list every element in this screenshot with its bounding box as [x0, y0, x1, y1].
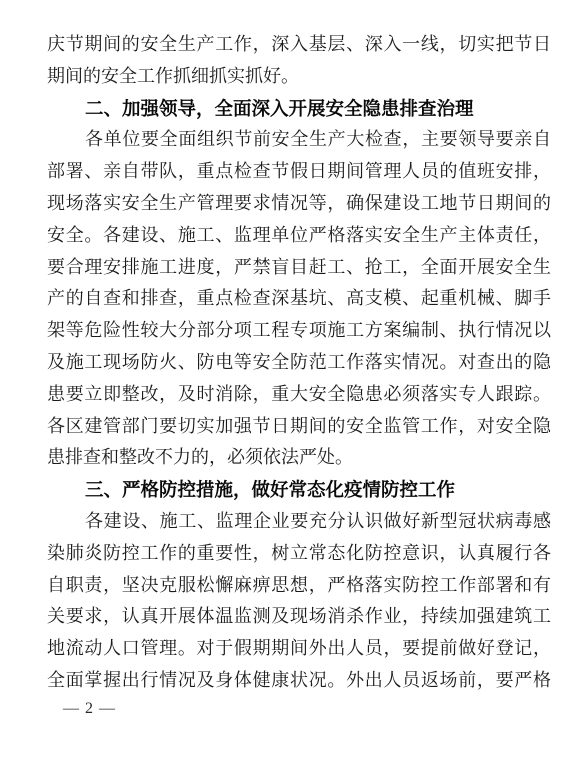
body-text-line: 产的自查和排查，重点检查深基坑、高支模、起重机械、脚手 — [47, 283, 551, 315]
body-text-line: 庆节期间的安全生产工作，深入基层、深入一线，切实把节日 — [47, 29, 551, 61]
body-text-line: 关要求，认真开展体温监测及现场消杀作业，持续加强建筑工 — [47, 601, 551, 633]
document-body: 庆节期间的安全生产工作，深入基层、深入一线，切实把节日期间的安全工作抓细抓实抓好… — [47, 29, 551, 697]
body-text-line: 染肺炎防控工作的重要性，树立常态化防控意识，认真履行各 — [47, 538, 551, 570]
body-text-line: 及施工现场防火、防电等安全防范工作落实情况。对查出的隐 — [47, 347, 551, 379]
section-heading: 三、严格防控措施，做好常态化疫情防控工作 — [47, 474, 551, 506]
body-text-line: 各建设、施工、监理企业要充分认识做好新型冠状病毒感 — [47, 506, 551, 538]
body-text-line: 各区建管部门要切实加强节日期间的安全监管工作，对安全隐 — [47, 411, 551, 443]
body-text-line: 要合理安排施工进度，严禁盲目赶工、抢工，全面开展安全生 — [47, 252, 551, 284]
body-text-line: 期间的安全工作抓细抓实抓好。 — [47, 61, 551, 93]
body-text-line: 架等危险性较大分部分项工程专项施工方案编制、执行情况以 — [47, 315, 551, 347]
body-text-line: 自职责，坚决克服松懈麻痹思想，严格落实防控工作部署和有 — [47, 570, 551, 602]
document-page: 庆节期间的安全生产工作，深入基层、深入一线，切实把节日期间的安全工作抓细抓实抓好… — [0, 0, 568, 758]
body-text-line: 各单位要全面组织节前安全生产大检查，主要领导要亲自 — [47, 124, 551, 156]
body-text-line: 部署、亲自带队，重点检查节假日期间管理人员的值班安排， — [47, 156, 551, 188]
body-text-line: 安全。各建设、施工、监理单位严格落实安全生产主体责任， — [47, 220, 551, 252]
body-text-line: 现场落实安全生产管理要求情况等，确保建设工地节日期间的 — [47, 188, 551, 220]
section-heading: 二、加强领导，全面深入开展安全隐患排查治理 — [47, 93, 551, 125]
body-text-line: 患要立即整改，及时消除，重大安全隐患必须落实专人跟踪。 — [47, 379, 551, 411]
body-text-line: 地流动人口管理。对于假期期间外出人员，要提前做好登记， — [47, 633, 551, 665]
body-text-line: 全面掌握出行情况及身体健康状况。外出人员返场前，要严格 — [47, 665, 551, 697]
page-number: — 2 — — [63, 698, 116, 720]
body-text-line: 患排查和整改不力的，必须依法严处。 — [47, 442, 551, 474]
